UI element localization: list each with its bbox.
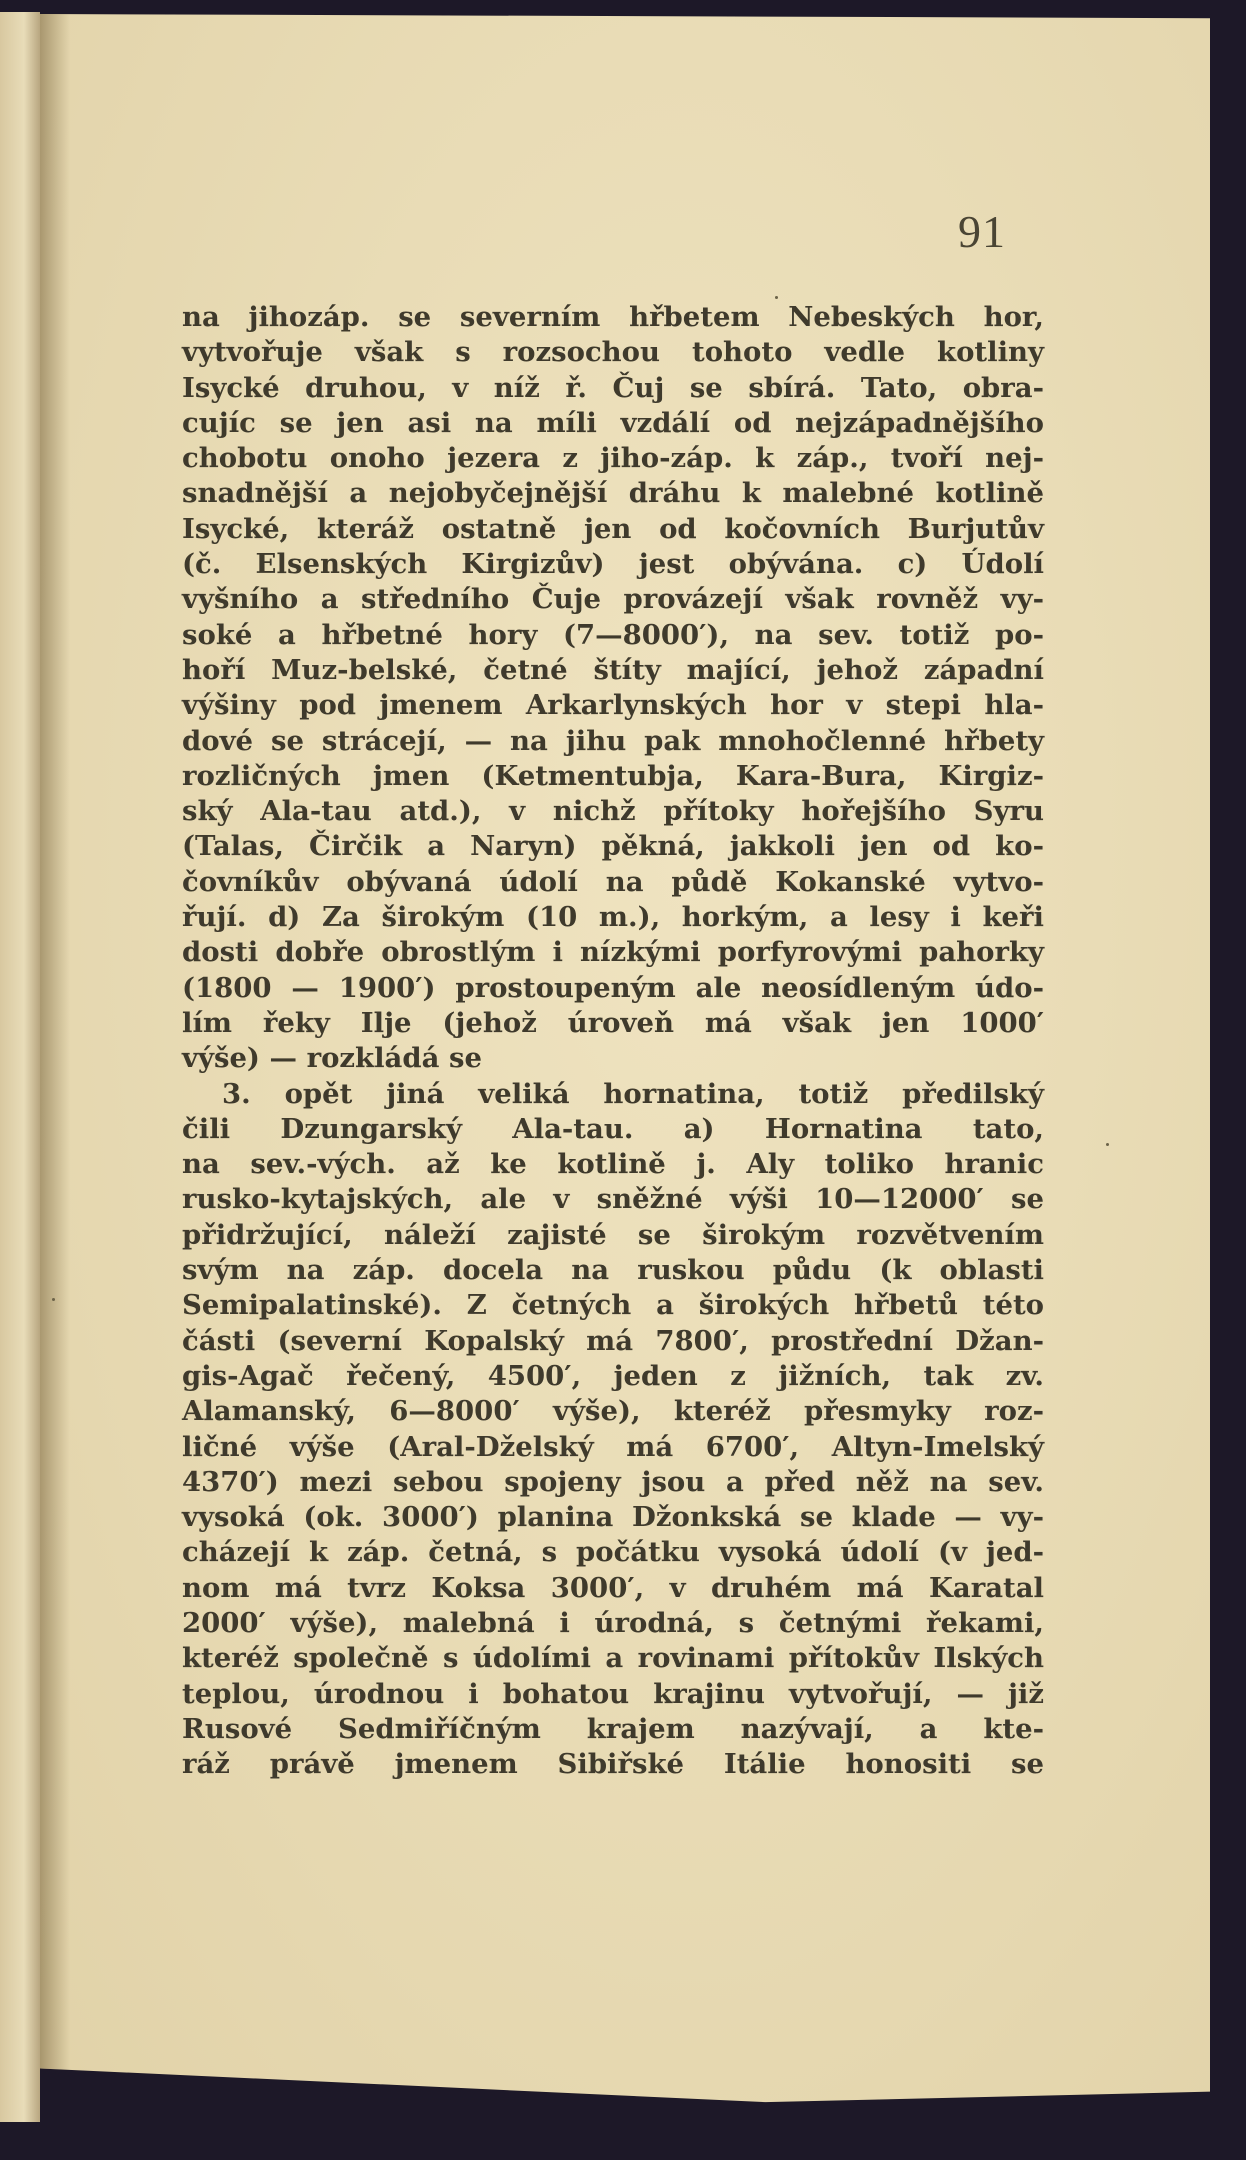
- text-line: vytvořuje však s rozsochou tohoto vedle …: [182, 335, 1044, 370]
- text-line: Isycké, kteráž ostatně jen od kočovních …: [182, 512, 1044, 547]
- text-line: vysoká (ok. 3000′) planina Džonkská se k…: [182, 1500, 1044, 1535]
- text-line: teplou, úrodnou i bohatou krajinu vytvoř…: [182, 1677, 1044, 1712]
- text-line: chobotu onoho jezera z jiho-záp. k záp.,…: [182, 441, 1044, 476]
- text-line: nom má tvrz Koksa 3000′, v druhém má Kar…: [182, 1571, 1044, 1606]
- text-line: (č. Elsenských Kirgizův) jest obývána. c…: [182, 547, 1044, 582]
- text-line: snadnější a nejobyčejnější dráhu k maleb…: [182, 476, 1044, 511]
- text-line: ličné výše (Aral-Dželský má 6700′, Altyn…: [182, 1430, 1044, 1465]
- text-line: řují. d) Za širokým (10 m.), horkým, a l…: [182, 900, 1044, 935]
- text-line: cházejí k záp. četná, s počátku vysoká ú…: [182, 1535, 1044, 1570]
- section-3-start-line: 3. opět jiná veliká hornatina, totiž pře…: [182, 1077, 1044, 1112]
- text-line: hoří Muz-belské, četné štíty mající, jeh…: [182, 653, 1044, 688]
- text-line: výšiny pod jmenem Arkarlynských hor v st…: [182, 688, 1044, 723]
- text-line: gis-Agač řečený, 4500′, jeden z jižních,…: [182, 1359, 1044, 1394]
- text-line: (Talas, Čirčik a Naryn) pěkná, jakkoli j…: [182, 829, 1044, 864]
- body-text: na jihozáp. se severním hřbetem Nebeskýc…: [182, 300, 1044, 1782]
- text-line: na jihozáp. se severním hřbetem Nebeskýc…: [182, 300, 1044, 335]
- text-line: ský Ala-tau atd.), v nichž přítoky hořej…: [182, 794, 1044, 829]
- text-line: dosti dobře obrostlým i nízkými porfyrov…: [182, 935, 1044, 970]
- text-line: dové se strácejí, — na jihu pak mnohočle…: [182, 724, 1044, 759]
- text-line: lím řeky Ilje (jehož úroveň má však jen …: [182, 1006, 1044, 1041]
- text-line: Semipalatinské). Z četných a širokých hř…: [182, 1288, 1044, 1323]
- paper-speck: [52, 1298, 55, 1301]
- spine-shadow: [40, 14, 70, 2119]
- text-line: čovníkův obývaná údolí na půdě Kokanské …: [182, 865, 1044, 900]
- text-line: výše) — rozkládá se: [182, 1041, 1044, 1076]
- paper-speck: [775, 296, 778, 299]
- text-line: (1800 — 1900′) prostoupeným ale neosídle…: [182, 971, 1044, 1006]
- text-line: svým na záp. docela na ruskou půdu (k ob…: [182, 1253, 1044, 1288]
- text-line: kteréž společně s údolími a rovinami pří…: [182, 1641, 1044, 1676]
- text-line: Rusové Sedmiříčným krajem nazývají, a kt…: [182, 1712, 1044, 1747]
- text-line: Isycké druhou, v níž ř. Čuj se sbírá. Ta…: [182, 371, 1044, 406]
- text-line: ráž právě jmenem Sibiřské Itálie honosit…: [182, 1747, 1044, 1782]
- paper-speck: [1106, 1143, 1109, 1146]
- text-line: na sev.-vých. až ke kotlině j. Aly tolik…: [182, 1147, 1044, 1182]
- text-line: rusko-kytajských, ale v sněžné výši 10—1…: [182, 1182, 1044, 1217]
- text-line: 4370′) mezi sebou spojeny jsou a před ně…: [182, 1465, 1044, 1500]
- text-line: přidržující, náleží zajisté se širokým r…: [182, 1218, 1044, 1253]
- page-number: 91: [958, 205, 1006, 258]
- text-line: soké a hřbetné hory (7—8000′), na sev. t…: [182, 618, 1044, 653]
- previous-page-edge: [0, 12, 40, 2122]
- text-line: části (severní Kopalský má 7800′, prostř…: [182, 1324, 1044, 1359]
- text-line: čili Dzungarský Ala-tau. a) Hornatina ta…: [182, 1112, 1044, 1147]
- text-line: rozličných jmen (Ketmentubja, Kara-Bura,…: [182, 759, 1044, 794]
- text-line: 2000′ výše), malebná i úrodná, s četnými…: [182, 1606, 1044, 1641]
- text-line: cujíc se jen asi na míli vzdálí od nejzá…: [182, 406, 1044, 441]
- text-line: vyšního a středního Čuje provázejí však …: [182, 582, 1044, 617]
- text-line: Alamanský, 6—8000′ výše), kteréž přesmyk…: [182, 1394, 1044, 1429]
